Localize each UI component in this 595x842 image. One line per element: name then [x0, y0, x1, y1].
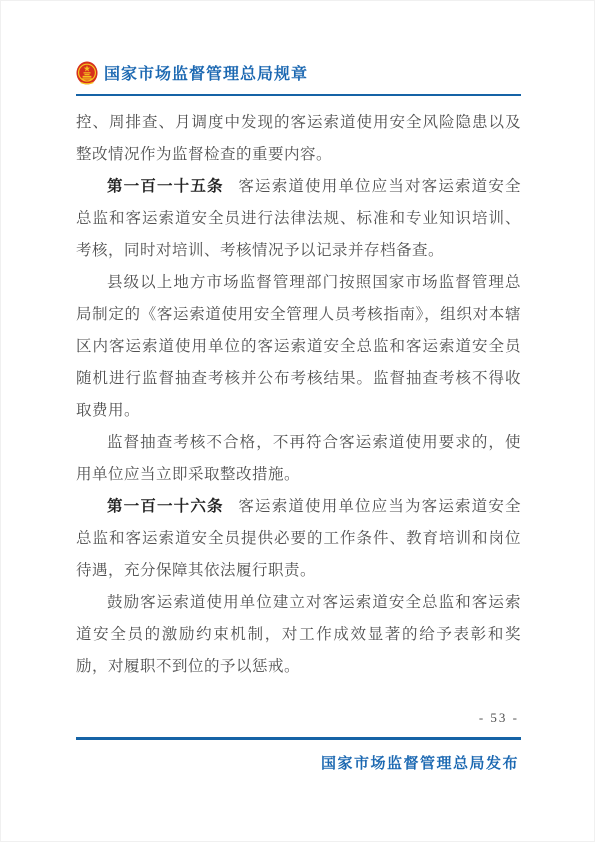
body-paragraph: 鼓励客运索道使用单位建立对客运索道安全总监和客运索道安全员的激励约束机制，对工作… [76, 587, 521, 683]
china-national-emblem-icon [76, 61, 98, 85]
body-paragraph: 控、周排查、月调度中发现的客运索道使用安全风险隐患以及整改情况作为监督检查的重要… [76, 107, 521, 171]
document-page: 国家市场监督管理总局规章 控、周排查、月调度中发现的客运索道使用安全风险隐患以及… [0, 0, 595, 842]
article-number: 第一百一十六条 [107, 498, 224, 515]
header-row: 国家市场监督管理总局规章 [76, 59, 521, 86]
body-paragraph: 第一百一十五条客运索道使用单位应当对客运索道安全总监和客运索道安全员进行法律法规… [76, 171, 521, 267]
page-header: 国家市场监督管理总局规章 [76, 59, 521, 96]
footer-publisher: 国家市场监督管理总局发布 [321, 752, 519, 773]
body-paragraph: 第一百一十六条客运索道使用单位应当为客运索道安全总监和客运索道安全员提供必要的工… [76, 491, 521, 587]
page-number: - 53 - [479, 710, 519, 726]
article-number: 第一百一十五条 [107, 178, 224, 195]
document-header-title: 国家市场监督管理总局规章 [104, 61, 308, 84]
header-rule [76, 94, 521, 96]
document-body: 控、周排查、月调度中发现的客运索道使用安全风险隐患以及整改情况作为监督检查的重要… [76, 107, 521, 683]
body-paragraph: 监督抽查考核不合格，不再符合客运索道使用要求的，使用单位应当立即采取整改措施。 [76, 427, 521, 491]
body-paragraph: 县级以上地方市场监督管理部门按照国家市场监督管理总局制定的《客运索道使用安全管理… [76, 267, 521, 427]
footer-rule [76, 737, 521, 740]
